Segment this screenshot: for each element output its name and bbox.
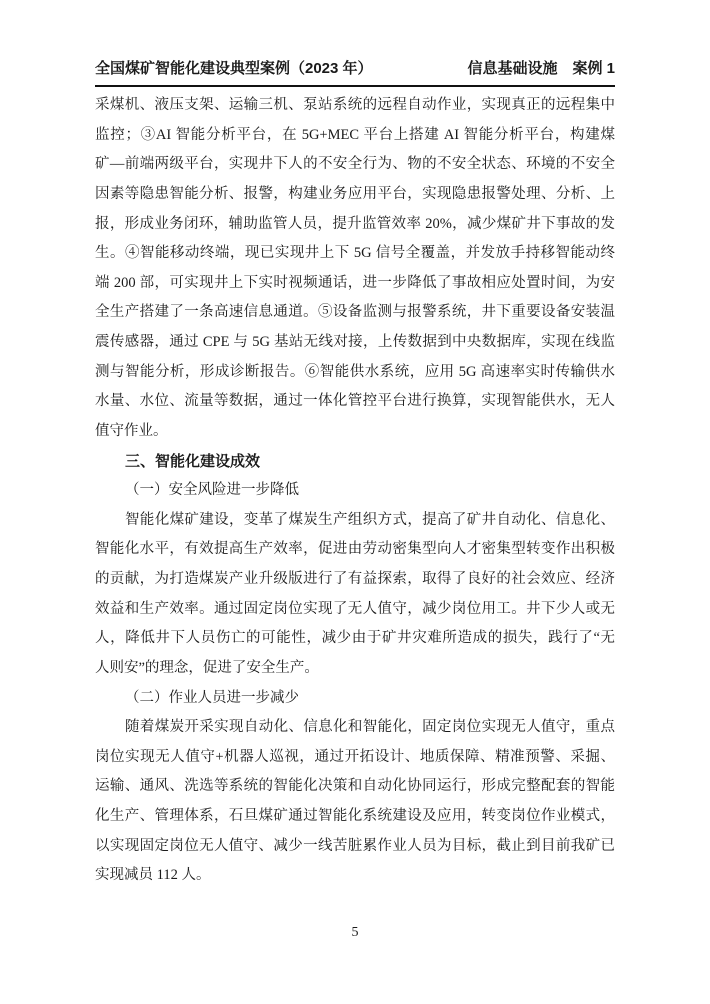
subsection-heading: （二）作业人员进一步减少 [95,684,615,714]
text-line: 矿—前端两级平台，实现井下人的不安全行为、物的不安全状态、环境的不安全 [95,150,615,180]
text-line: 岗位实现无人值守+机器人巡视，通过开拓设计、地质保障、精准预警、采掘、 [95,743,615,773]
text-line: 智能化煤矿建设，变革了煤炭生产组织方式，提高了矿井自动化、信息化、 [95,506,615,536]
text-line: 测与智能分析，形成诊断报告。⑥智能供水系统，应用 5G 高速率实时传输供水 [95,358,615,388]
text-line: 生。④智能移动终端，现已实现井上下 5G 信号全覆盖，并发放手持移智能动终 [95,239,615,269]
text-line: 值守作业。 [95,417,615,447]
text-line: 监控；③AI 智能分析平台，在 5G+MEC 平台上搭建 AI 智能分析平台，构… [95,121,615,151]
section-heading: 三、智能化建设成效 [95,447,615,477]
text-line: 水量、水位、流量等数据，通过一体化管控平台进行换算，实现智能供水，无人 [95,387,615,417]
text-line: 化生产、管理体系，石旦煤矿通过智能化系统建设及应用，转变岗位作业模式， [95,802,615,832]
text-line: 采煤机、液压支架、运输三机、泵站系统的远程自动作业，实现真正的远程集中 [95,91,615,121]
page-header: 全国煤矿智能化建设典型案例（2023 年） 信息基础设施 案例 1 [95,58,615,79]
text-line: 随着煤炭开采实现自动化、信息化和智能化，固定岗位实现无人值守，重点 [95,713,615,743]
text-line: 人则安”的理念，促进了安全生产。 [95,654,615,684]
document-page: 全国煤矿智能化建设典型案例（2023 年） 信息基础设施 案例 1 采煤机、液压… [0,0,710,1004]
text-line: 运输、通风、洗选等系统的智能化决策和自动化协同运行，形成完整配套的智能 [95,772,615,802]
document-body: 采煤机、液压支架、运输三机、泵站系统的远程自动作业，实现真正的远程集中 监控；③… [95,91,615,891]
text-line: 全生产搭建了一条高速信息通道。⑤设备监测与报警系统，井下重要设备安装温 [95,298,615,328]
text-line: 端 200 部，可实现井上下实时视频通话，进一步降低了事故相应处置时间，为安 [95,269,615,299]
text-line: 报，形成业务闭环，辅助监管人员，提升监管效率 20%，减少煤矿井下事故的发 [95,210,615,240]
text-line: 效益和生产效率。通过固定岗位实现了无人值守，减少岗位用工。井下少人或无 [95,595,615,625]
text-line: 的贡献，为打造煤炭产业升级版进行了有益探索，取得了良好的社会效应、经济 [95,565,615,595]
text-line: 因素等隐患智能分析、报警，构建业务应用平台，实现隐患报警处理、分析、上 [95,180,615,210]
text-line: 人，降低井下人员伤亡的可能性，减少由于矿井灾难所造成的损失，践行了“无 [95,624,615,654]
subsection-heading: （一）安全风险进一步降低 [95,476,615,506]
text-line: 震传感器，通过 CPE 与 5G 基站无线对接，上传数据到中央数据库，实现在线监 [95,328,615,358]
text-line: 智能化水平，有效提高生产效率，促进由劳动密集型向人才密集型转变作出积极 [95,535,615,565]
text-line: 以实现固定岗位无人值守、减少一线苦脏累作业人员为目标，截止到目前我矿已 [95,832,615,862]
header-rule [95,85,615,87]
header-left-title: 全国煤矿智能化建设典型案例（2023 年） [95,58,373,79]
header-right-label: 信息基础设施 案例 1 [467,58,615,79]
page-number: 5 [0,925,710,941]
text-line: 实现减员 112 人。 [95,861,615,891]
